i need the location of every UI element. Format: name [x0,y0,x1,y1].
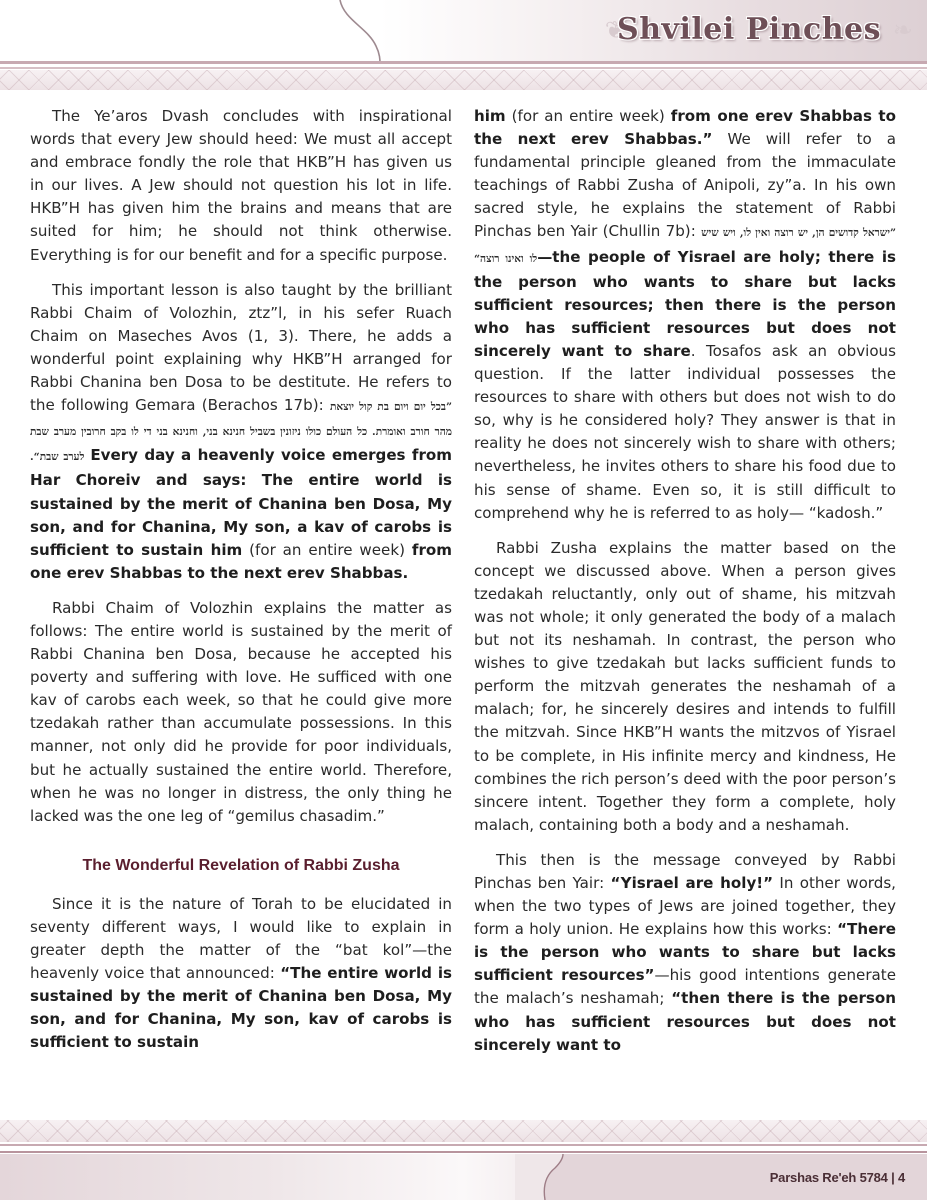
footer-curve-decoration [515,1154,565,1200]
footer-rule [0,1151,927,1153]
paragraph: This then is the message conveyed by Rab… [474,849,896,1057]
page-number-label: Parshas Re'eh 5784 | 4 [770,1170,905,1185]
paragraph: The Ye’aros Dvash concludes with inspira… [30,105,452,267]
section-heading: The Wonderful Revelation of Rabbi Zusha [30,854,452,877]
paragraph-text: This important lesson is also taught by … [30,281,452,414]
paragraph: Since it is the nature of Torah to be el… [30,893,452,1055]
paragraph: Rabbi Zusha explains the matter based on… [474,537,896,837]
paragraph-text: (for an entire week) [506,107,671,125]
footer-rule [0,1144,927,1146]
paragraph-text: (for an entire week) [242,541,412,559]
footer-ornament-border [0,1120,927,1142]
right-column: him (for an entire week) from one erev S… [474,105,896,1069]
header-rule [0,67,927,69]
page-header: ❦ Shvilei Pinches ❧ [0,0,927,95]
paragraph: him (for an entire week) from one erev S… [474,105,896,525]
article-body: The Ye’aros Dvash concludes with inspira… [30,105,898,1105]
bold-quote: “Yisrael are holy!” [610,874,773,892]
header-ornament-border [0,70,927,90]
bold-quote: him [474,107,506,125]
header-rule [0,61,927,64]
page-footer: Parshas Re'eh 5784 | 4 [0,1120,927,1200]
publication-title: Shvilei Pinches [617,12,881,47]
paragraph: This important lesson is also taught by … [30,279,452,585]
header-curve-decoration [330,0,410,64]
paragraph: Rabbi Chaim of Volozhin explains the mat… [30,597,452,828]
flourish-right-icon: ❧ [893,16,913,44]
left-column: The Ye’aros Dvash concludes with inspira… [30,105,452,1067]
paragraph-text: . Tosafos ask an obvious question. If th… [474,342,896,522]
